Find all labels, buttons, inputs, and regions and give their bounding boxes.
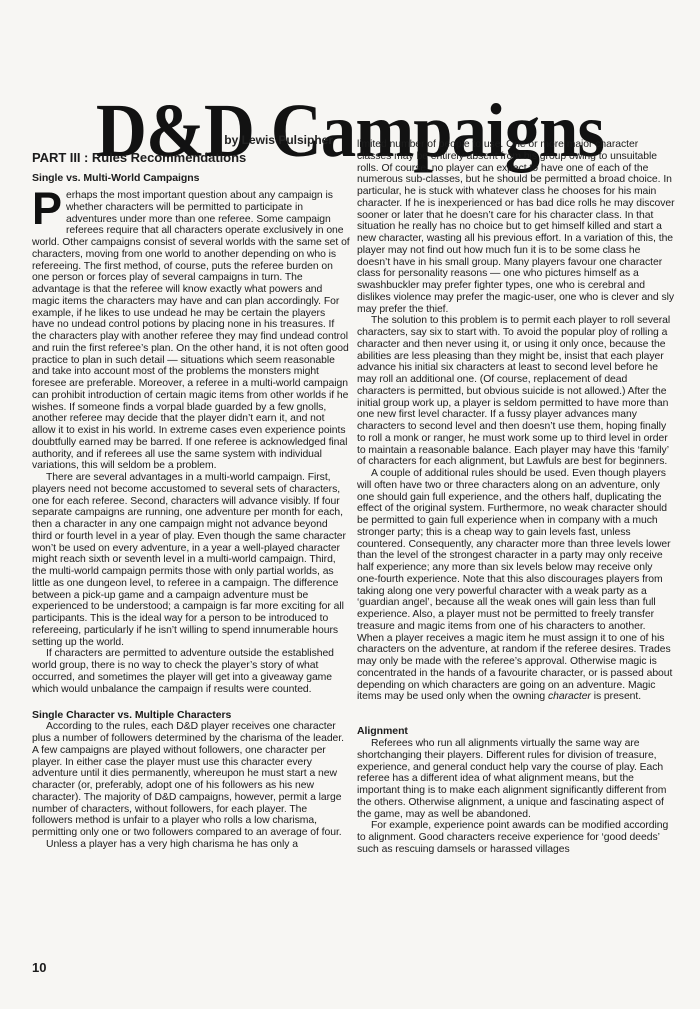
magazine-page: D&D Campaigns by Lewis Pulsipher PART II… [0,0,700,1009]
page-number: 10 [32,960,46,975]
paragraph: Referees who run all alignments virtuall… [357,738,675,820]
paragraph: If characters are permitted to adventure… [32,648,350,695]
paragraph: The solution to this problem is to permi… [357,315,675,468]
paragraph: According to the rules, each D&D player … [32,721,350,839]
paragraph-text-end: is present. [591,691,641,702]
drop-cap: P [32,191,62,227]
paragraph-continued: limited number of people to use. One or … [357,139,675,315]
italic-word: character [548,691,591,702]
paragraph: A couple of additional rules should be u… [357,468,675,703]
paragraph: There are several advantages in a multi-… [32,472,350,648]
paragraph-text: erhaps the most important question about… [32,190,350,471]
right-column: limited number of people to use. One or … [357,139,675,856]
paragraph-text: A couple of additional rules should be u… [357,468,672,702]
section-heading-multi-world: Single vs. Multi-World Campaigns [32,172,350,185]
section-heading-single-character: Single Character vs. Multiple Characters [32,709,350,721]
part-heading: PART III : Rules Recommendations [32,150,350,166]
paragraph: Unless a player has a very high charisma… [32,839,350,851]
section-heading-alignment: Alignment [357,725,675,738]
alignment-section: Alignment Referees who run all alignment… [357,725,675,856]
byline: by Lewis Pulsipher [0,133,333,147]
paragraph: For example, experience point awards can… [357,820,675,855]
left-column: PART III : Rules Recommendations Single … [32,150,350,851]
paragraph: Perhaps the most important question abou… [32,190,350,472]
